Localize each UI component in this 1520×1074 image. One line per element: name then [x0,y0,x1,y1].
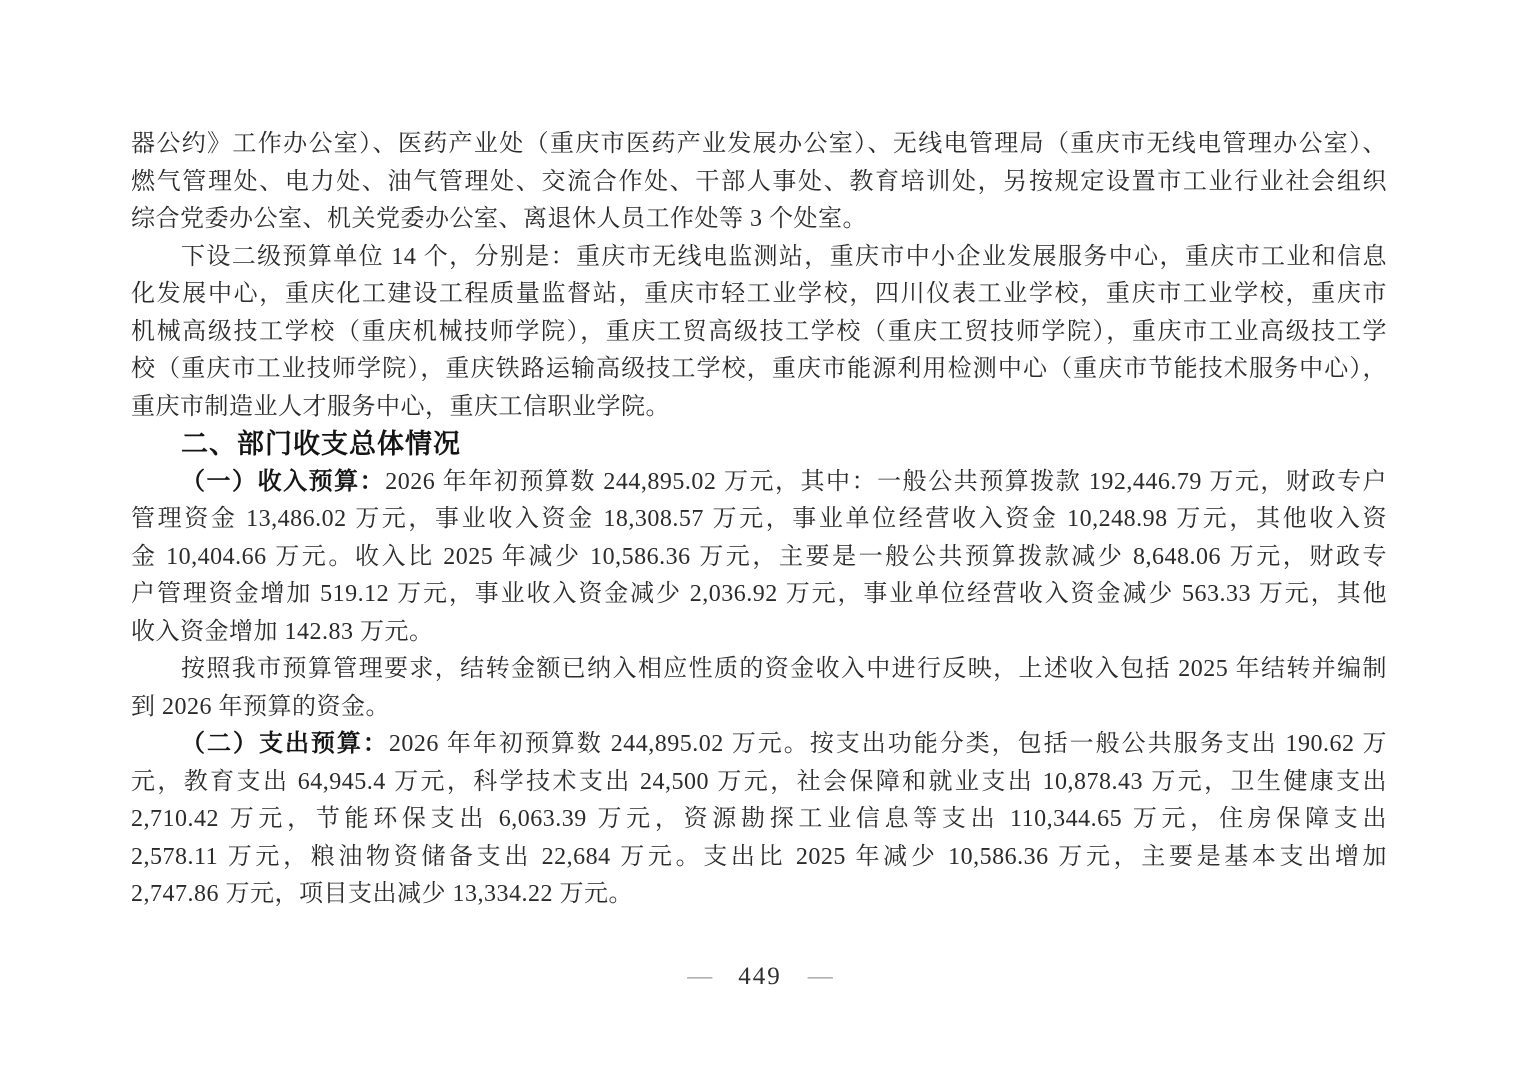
text-run: 户管理资金增加 519.12 万元，事业收入资金减少 2,036.92 万元，事… [131,581,1387,607]
footer-page-number: 449 [738,958,782,995]
text-run: 二、部门收支总体情况 [181,429,461,459]
text-line: 机械高级技工学校（重庆机械技师学院），重庆工贸高级技工学校（重庆工贸技师学院），… [131,314,1387,352]
text-run: 器公约》工作办公室）、医药产业处（重庆市医药产业发展办公室）、无线电管理局（重庆… [131,131,1387,157]
text-line: 收入资金增加 142.83 万元。 [131,614,1387,652]
text-line: （二）支出预算：2026 年年初预算数 244,895.02 万元。按支出功能分… [131,726,1387,764]
text-run: 校（重庆市工业技师学院），重庆铁路运输高级技工学校，重庆市能源利用检测中心（重庆… [131,356,1387,382]
text-run: 到 2026 年预算的资金。 [131,694,390,720]
footer-dash-left: — [687,963,712,990]
text-line: 燃气管理处、电力处、油气管理处、交流合作处、干部人事处、教育培训处，另按规定设置… [131,164,1387,202]
text-run: 下设二级预算单位 14 个，分别是：重庆市无线电监测站，重庆市中小企业发展服务中… [181,244,1387,270]
text-line: 下设二级预算单位 14 个，分别是：重庆市无线电监测站，重庆市中小企业发展服务中… [131,239,1387,277]
page-footer: —449— [0,958,1520,995]
text-line: 按照我市预算管理要求，结转金额已纳入相应性质的资金收入中进行反映，上述收入包括 … [131,651,1387,689]
text-line: 2,710.42 万元，节能环保支出 6,063.39 万元，资源勘探工业信息等… [131,801,1387,839]
text-line: 器公约》工作办公室）、医药产业处（重庆市医药产业发展办公室）、无线电管理局（重庆… [131,126,1387,164]
text-run: 2,747.86 万元，项目支出减少 13,334.22 万元。 [131,881,633,907]
text-run: 综合党委办公室、机关党委办公室、离退休人员工作处等 3 个处室。 [131,206,867,232]
text-line: 2,747.86 万元，项目支出减少 13,334.22 万元。 [131,876,1387,914]
text-line: 综合党委办公室、机关党委办公室、离退休人员工作处等 3 个处室。 [131,201,1387,239]
text-run: 2,710.42 万元，节能环保支出 6,063.39 万元，资源勘探工业信息等… [131,806,1387,832]
text-run: 金 10,404.66 万元。收入比 2025 年减少 10,586.36 万元… [131,544,1387,570]
text-run: 机械高级技工学校（重庆机械技师学院），重庆工贸高级技工学校（重庆工贸技师学院），… [131,319,1387,345]
text-line: 化发展中心，重庆化工建设工程质量监督站，重庆市轻工业学校，四川仪表工业学校，重庆… [131,276,1387,314]
text-line: 金 10,404.66 万元。收入比 2025 年减少 10,586.36 万元… [131,539,1387,577]
text-run: 元，教育支出 64,945.4 万元，科学技术支出 24,500 万元，社会保障… [131,769,1387,795]
text-run: 重庆市制造业人才服务中心，重庆工信职业学院。 [131,394,670,420]
text-run: 化发展中心，重庆化工建设工程质量监督站，重庆市轻工业学校，四川仪表工业学校，重庆… [131,281,1387,307]
text-run: 2026 年年初预算数 244,895.02 万元。按支出功能分类，包括一般公共… [389,731,1387,757]
text-line: 管理资金 13,486.02 万元，事业收入资金 18,308.57 万元，事业… [131,501,1387,539]
footer-dash-right: — [808,963,833,990]
section-heading: 二、部门收支总体情况 [131,426,1387,464]
bold-text-run: （二）支出预算： [181,731,389,757]
text-run: 按照我市预算管理要求，结转金额已纳入相应性质的资金收入中进行反映，上述收入包括 … [181,656,1387,682]
text-line: 校（重庆市工业技师学院），重庆铁路运输高级技工学校，重庆市能源利用检测中心（重庆… [131,351,1387,389]
text-run: 2026 年年初预算数 244,895.02 万元，其中：一般公共预算拨款 19… [385,469,1387,495]
text-line: 重庆市制造业人才服务中心，重庆工信职业学院。 [131,389,1387,427]
text-line: 元，教育支出 64,945.4 万元，科学技术支出 24,500 万元，社会保障… [131,764,1387,802]
document-body: 器公约》工作办公室）、医药产业处（重庆市医药产业发展办公室）、无线电管理局（重庆… [131,126,1387,914]
document-page: 器公约》工作办公室）、医药产业处（重庆市医药产业发展办公室）、无线电管理局（重庆… [0,0,1520,1074]
bold-text-run: （一）收入预算： [181,469,385,495]
text-line: 户管理资金增加 519.12 万元，事业收入资金减少 2,036.92 万元，事… [131,576,1387,614]
text-run: 收入资金增加 142.83 万元。 [131,619,434,645]
text-run: 燃气管理处、电力处、油气管理处、交流合作处、干部人事处、教育培训处，另按规定设置… [131,169,1387,195]
text-run: 管理资金 13,486.02 万元，事业收入资金 18,308.57 万元，事业… [131,506,1387,532]
text-run: 2,578.11 万元，粮油物资储备支出 22,684 万元。支出比 2025 … [131,844,1387,870]
text-line: （一）收入预算：2026 年年初预算数 244,895.02 万元，其中：一般公… [131,464,1387,502]
text-line: 2,578.11 万元，粮油物资储备支出 22,684 万元。支出比 2025 … [131,839,1387,877]
text-line: 到 2026 年预算的资金。 [131,689,1387,727]
